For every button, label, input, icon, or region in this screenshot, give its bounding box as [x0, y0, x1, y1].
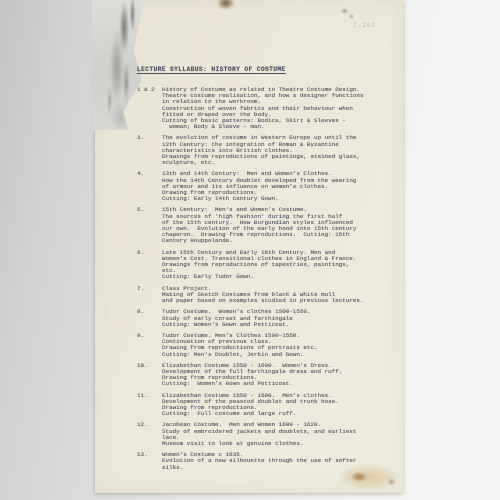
- syllabus-item: 12. Jacobean Costume. Men and Women 1600…: [137, 422, 387, 447]
- syllabus-item: 10. Elizabethan Costume 1550 - 1600. Wom…: [137, 363, 387, 388]
- syllabus-item: 5. 15th Century: Men's and Women's Costu…: [137, 207, 387, 244]
- typed-document: LECTURE SYLLABUS: HISTORY OF COSTUME 1 &…: [95, 0, 403, 481]
- item-number: 7.: [137, 286, 162, 305]
- syllabus-item: 4. 13th and 14th Century: Men and Women'…: [137, 171, 387, 202]
- item-number: 10.: [137, 363, 162, 388]
- item-text: Women's Costume c 1635. Evolution of a n…: [162, 452, 387, 471]
- syllabus-item: 7. Class Project. Making of Sketch Costu…: [137, 286, 387, 305]
- syllabus-item: 13. Women's Costume c 1635. Evolution of…: [137, 452, 387, 471]
- item-number: 5.: [137, 207, 162, 244]
- syllabus-item: 9. Tudor Costume. Men's Clothes 1500-155…: [137, 333, 387, 358]
- syllabus-items: 1 & 2 History of Costume as related to T…: [137, 87, 387, 476]
- item-number: 1 & 2: [137, 87, 162, 130]
- syllabus-item: 8. Tudor Costume. Women's clothes 1500-1…: [137, 309, 387, 328]
- item-number: 9.: [137, 333, 162, 358]
- item-number: 8.: [137, 309, 162, 328]
- item-text: Elizabethan Costume 1550 - 1600. Women's…: [162, 363, 387, 388]
- item-number: 13.: [137, 452, 162, 471]
- document-title: LECTURE SYLLABUS: HISTORY OF COSTUME: [137, 66, 387, 73]
- scan-background: { "annotations": { "pencil_note": "T.261…: [0, 0, 500, 500]
- paper-sheet: T.261 LECTURE SYLLABUS: HISTORY OF COSTU…: [95, 0, 403, 493]
- item-text: Jacobean Costume. Men and Women 1600 - 1…: [162, 422, 387, 447]
- syllabus-item: 3. The evolution of costume in Western E…: [137, 135, 387, 166]
- item-text: Tudor Costume. Women's clothes 1500-1550…: [162, 309, 387, 328]
- item-text: Class Project. Making of Sketch Costumes…: [162, 286, 387, 305]
- item-number: 4.: [137, 171, 162, 202]
- item-text: Tudor Costume. Men's Clothes 1500-1550. …: [162, 333, 387, 358]
- item-text: History of Costume as related to Theatre…: [162, 87, 387, 130]
- item-number: 11.: [137, 393, 162, 418]
- item-text: 15th Century: Men's and Women's Costume.…: [162, 207, 387, 244]
- item-number: 6.: [137, 250, 162, 281]
- item-number: 3.: [137, 135, 162, 166]
- item-text: The evolution of costume in Western Euro…: [162, 135, 387, 166]
- item-text: 13th and 14th Century: Men and Women's C…: [162, 171, 387, 202]
- syllabus-item: 1 & 2 History of Costume as related to T…: [137, 87, 387, 130]
- item-text: Elizabethan Costume 1550 - 1600. Men's c…: [162, 393, 387, 418]
- syllabus-item: 6. Late 15th Century and Early 16th Cent…: [137, 250, 387, 281]
- item-number: 12.: [137, 422, 162, 447]
- item-text: Late 15th Century and Early 16th Century…: [162, 250, 387, 281]
- syllabus-item: 11. Elizabethan Costume 1550 - 1600. Men…: [137, 393, 387, 418]
